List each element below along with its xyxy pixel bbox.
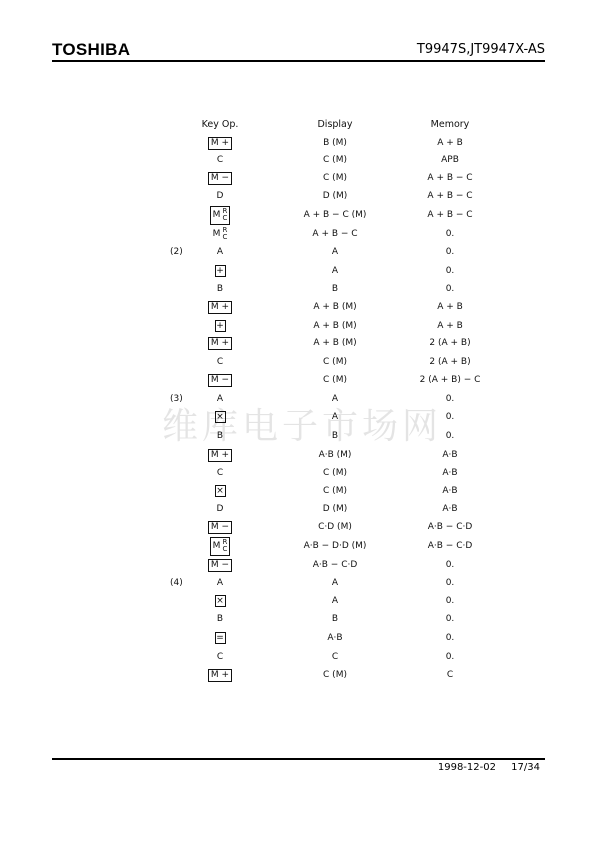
key-op-cell: A	[190, 243, 250, 261]
memory-cell: APB	[400, 151, 500, 169]
table-row: CC (M)2 (A + B)	[0, 353, 595, 371]
memory-cell: A + B − C	[400, 169, 500, 187]
calculator-key-icon: M −	[208, 521, 232, 534]
memory-cell: A·B	[400, 500, 500, 518]
memory-cell: A + B − C	[400, 206, 500, 224]
memory-cell: 0.	[400, 390, 500, 408]
table-row: BB0.	[0, 280, 595, 298]
key-op-cell: M −	[190, 371, 250, 389]
key-op-cell: B	[190, 280, 250, 298]
memory-cell: 0.	[400, 574, 500, 592]
key-label: B	[217, 284, 223, 294]
display-cell: A	[290, 243, 380, 261]
key-label: A	[217, 247, 223, 257]
key-op-cell: =	[190, 629, 250, 647]
table-row: M −C (M)2 (A + B) − C	[0, 371, 595, 389]
table-row: (4)AA0.	[0, 574, 595, 592]
table-row: (2)AA0.	[0, 243, 595, 261]
memory-cell: A·B − C·D	[400, 537, 500, 555]
key-op-cell: B	[190, 610, 250, 628]
memory-cell: 2 (A + B) − C	[400, 371, 500, 389]
display-cell: A·B	[290, 629, 380, 647]
memory-cell: A + B	[400, 317, 500, 335]
column-header-memory: Memory	[400, 115, 500, 133]
memory-cell: 0.	[400, 225, 500, 243]
memory-cell: 0.	[400, 427, 500, 445]
display-cell: A	[290, 408, 380, 426]
key-label: B	[217, 614, 223, 624]
key-op-cell: ×	[190, 592, 250, 610]
calculator-key-icon: M +	[208, 449, 232, 462]
key-op-cell: C	[190, 648, 250, 666]
key-op-cell: M +	[190, 446, 250, 464]
display-cell: A + B (M)	[290, 317, 380, 335]
display-cell: C	[290, 648, 380, 666]
table-row: M −C·D (M)A·B − C·D	[0, 518, 595, 536]
document-id: T9947S,JT9947X-AS	[417, 42, 545, 57]
memory-cell: A·B	[400, 446, 500, 464]
memory-recall-clear-key-icon: MRC	[210, 206, 231, 225]
key-op-cell: +	[190, 317, 250, 335]
key-label: C	[217, 468, 223, 478]
display-cell: B (M)	[290, 134, 380, 152]
key-op-cell: +	[190, 262, 250, 280]
calculator-key-icon: ×	[215, 595, 226, 607]
memory-cell: 0.	[400, 556, 500, 574]
key-op-cell: A	[190, 390, 250, 408]
memory-cell: 0.	[400, 629, 500, 647]
display-cell: A	[290, 262, 380, 280]
display-cell: A + B − C	[290, 225, 380, 243]
footer: 1998-12-02 17/34	[426, 762, 540, 773]
table-row: MRCA + B − C (M)A + B − C	[0, 206, 595, 224]
memory-cell: A·B − C·D	[400, 518, 500, 536]
calculator-key-icon: ×	[215, 411, 226, 423]
display-cell: A + B (M)	[290, 298, 380, 316]
display-cell: C (M)	[290, 371, 380, 389]
key-op-cell: M +	[190, 666, 250, 684]
display-cell: B	[290, 427, 380, 445]
table-header-row: Key Op. Display Memory	[0, 115, 595, 133]
column-header-display: Display	[290, 115, 380, 133]
key-op-cell: M −	[190, 518, 250, 536]
display-cell: A·B − C·D	[290, 556, 380, 574]
key-op-cell: C	[190, 464, 250, 482]
table-row: M +B (M)A + B	[0, 134, 595, 152]
table-row: BB0.	[0, 610, 595, 628]
display-cell: A	[290, 574, 380, 592]
table-row: M +A + B (M)2 (A + B)	[0, 334, 595, 352]
memory-cell: 0.	[400, 408, 500, 426]
table-row: +A + B (M)A + B	[0, 317, 595, 335]
calculator-key-icon: M −	[208, 559, 232, 572]
display-cell: A	[290, 390, 380, 408]
memory-cell: A + B	[400, 298, 500, 316]
key-label: A	[217, 578, 223, 588]
key-label: C	[217, 155, 223, 165]
display-cell: A	[290, 592, 380, 610]
display-cell: C (M)	[290, 666, 380, 684]
key-label: C	[217, 357, 223, 367]
memory-cell: 0.	[400, 610, 500, 628]
key-op-cell: C	[190, 353, 250, 371]
display-cell: B	[290, 280, 380, 298]
table-row: CC (M)APB	[0, 151, 595, 169]
key-op-cell: MRC	[190, 537, 250, 555]
key-op-cell: MRC	[190, 206, 250, 224]
key-label: D	[217, 191, 224, 201]
key-op-cell: M −	[190, 169, 250, 187]
calculator-key-icon: M +	[208, 337, 232, 350]
table-row: M +A·B (M)A·B	[0, 446, 595, 464]
brand-logo: TOSHIBA	[52, 40, 130, 60]
key-label: B	[217, 431, 223, 441]
display-cell: C (M)	[290, 169, 380, 187]
table-row: CC (M)A·B	[0, 464, 595, 482]
key-label: A	[217, 394, 223, 404]
calculator-key-icon: M +	[208, 669, 232, 682]
key-op-cell: D	[190, 187, 250, 205]
table-row: DD (M)A + B − C	[0, 187, 595, 205]
memory-cell: A·B	[400, 482, 500, 500]
table-row: M −A·B − C·D0.	[0, 556, 595, 574]
table-row: M +C (M)C	[0, 666, 595, 684]
key-op-cell: D	[190, 500, 250, 518]
key-op-cell: M +	[190, 134, 250, 152]
table-row: M +A + B (M)A + B	[0, 298, 595, 316]
table-row: CC0.	[0, 648, 595, 666]
table-row: ×C (M)A·B	[0, 482, 595, 500]
key-label: D	[217, 504, 224, 514]
key-op-cell: ×	[190, 408, 250, 426]
display-cell: C (M)	[290, 151, 380, 169]
key-op-cell: M −	[190, 556, 250, 574]
calculator-key-icon: M −	[208, 172, 232, 185]
key-op-cell: B	[190, 427, 250, 445]
calculator-key-icon: =	[215, 632, 226, 644]
table-row: MRCA + B − C0.	[0, 225, 595, 243]
memory-cell: 2 (A + B)	[400, 334, 500, 352]
memory-cell: A·B	[400, 464, 500, 482]
display-cell: B	[290, 610, 380, 628]
table-row: ×A0.	[0, 592, 595, 610]
calculator-key-icon: +	[215, 265, 226, 277]
calculator-key-icon: M +	[208, 137, 232, 150]
calculator-key-icon: ×	[215, 485, 226, 497]
memory-cell: 0.	[400, 592, 500, 610]
memory-cell: 0.	[400, 280, 500, 298]
calculator-key-icon: +	[215, 320, 226, 332]
memory-cell: C	[400, 666, 500, 684]
header-rule	[52, 60, 545, 62]
memory-recall-clear-key-icon: MRC	[213, 227, 228, 241]
display-cell: A + B − C (M)	[290, 206, 380, 224]
footer-date: 1998-12-02	[438, 762, 496, 773]
calculator-key-icon: M +	[208, 301, 232, 314]
table-row: BB0.	[0, 427, 595, 445]
memory-cell: 2 (A + B)	[400, 353, 500, 371]
footer-rule	[52, 758, 545, 760]
key-op-cell: M +	[190, 334, 250, 352]
table-row: +A0.	[0, 262, 595, 280]
memory-cell: A + B − C	[400, 187, 500, 205]
key-op-cell: ×	[190, 482, 250, 500]
display-cell: A·B (M)	[290, 446, 380, 464]
calculator-key-icon: M −	[208, 374, 232, 387]
table-row: DD (M)A·B	[0, 500, 595, 518]
table-row: (3)AA0.	[0, 390, 595, 408]
memory-cell: 0.	[400, 262, 500, 280]
display-cell: D (M)	[290, 187, 380, 205]
footer-page-number: 17/34	[511, 762, 540, 773]
memory-cell: 0.	[400, 243, 500, 261]
table-row: M −C (M)A + B − C	[0, 169, 595, 187]
display-cell: C (M)	[290, 353, 380, 371]
memory-cell: 0.	[400, 648, 500, 666]
key-op-cell: M +	[190, 298, 250, 316]
key-op-cell: MRC	[190, 225, 250, 243]
display-cell: D (M)	[290, 500, 380, 518]
memory-cell: A + B	[400, 134, 500, 152]
display-cell: A·B − D·D (M)	[290, 537, 380, 555]
key-op-cell: C	[190, 151, 250, 169]
display-cell: C (M)	[290, 464, 380, 482]
key-op-cell: A	[190, 574, 250, 592]
table-row: MRCA·B − D·D (M)A·B − C·D	[0, 537, 595, 555]
column-header-key-op: Key Op.	[190, 115, 250, 133]
display-cell: C (M)	[290, 482, 380, 500]
display-cell: A + B (M)	[290, 334, 380, 352]
display-cell: C·D (M)	[290, 518, 380, 536]
memory-recall-clear-key-icon: MRC	[210, 537, 231, 556]
table-row: ×A0.	[0, 408, 595, 426]
table-row: =A·B0.	[0, 629, 595, 647]
key-label: C	[217, 652, 223, 662]
